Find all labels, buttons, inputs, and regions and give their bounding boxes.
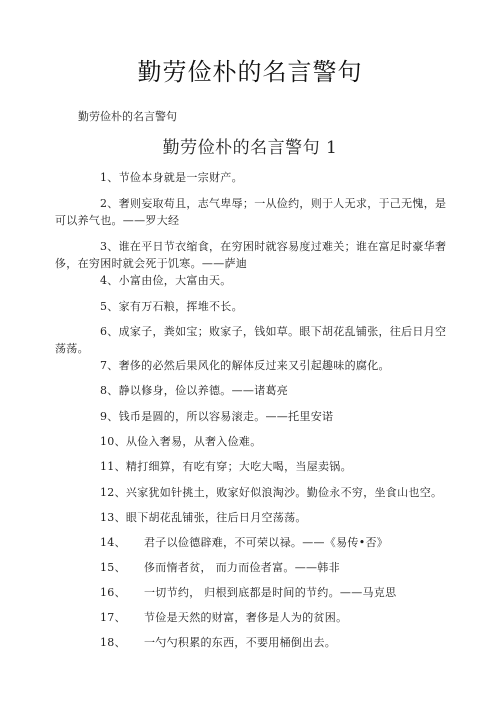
document-page: 勤劳俭朴的名言警句 勤劳俭朴的名言警句 勤劳俭朴的名言警句 1 1、节俭本身就是… (0, 0, 500, 707)
subtitle: 勤劳俭朴的名言警句 (78, 108, 177, 124)
quote-number: 4、 (100, 274, 119, 287)
main-title: 勤劳俭朴的名言警句 (0, 52, 500, 87)
quote-text: 奢侈的必然后果风化的解体反过来又引起趣味的腐化。 (119, 359, 390, 372)
quote-item: 3、谁在平日节衣缩食，在穷困时就容易度过难关；谁在富足时豪华奢侈，在穷困时就会死… (55, 238, 455, 272)
quote-text: 眼下胡花乱铺张，往后日月空荡荡。 (126, 511, 307, 524)
quote-item: 1、节俭本身就是一宗财产。 (55, 169, 455, 186)
quote-text: 侈而惰者贫， 而力而俭者富。——韩非 (144, 561, 340, 574)
quote-item: 18、一勺勺积累的东西，不要用桶倒出去。 (55, 634, 455, 651)
quote-item: 12、兴家犹如针挑土，败家好似浪淘沙。勤俭永不穷，坐食山也空。 (55, 484, 455, 501)
quote-text: 钱币是圆的，所以容易滚走。——托里安诺 (119, 410, 334, 423)
quote-number: 1、 (100, 171, 119, 184)
quote-item: 8、静以修身，俭以养德。——诸葛亮 (55, 382, 455, 399)
quote-item: 16、一切节约， 归根到底都是时间的节约。——马克思 (55, 584, 455, 601)
quote-number: 9、 (100, 410, 119, 423)
quote-text: 一勺勺积累的东西，不要用桶倒出去。 (144, 636, 336, 649)
quote-text: 兴家犹如针挑土，败家好似浪淘沙。勤俭永不穷，坐食山也空。 (126, 486, 442, 499)
quote-text: 节俭是天然的财富，奢侈是人为的贫困。 (144, 611, 347, 624)
quote-item: 7、奢侈的必然后果风化的解体反过来又引起趣味的腐化。 (55, 357, 455, 374)
quote-text: 精打细算，有吃有穿；大吃大喝，当屋卖锅。 (126, 460, 352, 473)
quote-number: 6、 (100, 325, 119, 338)
quote-item: 11、精打细算，有吃有穿；大吃大喝，当屋卖锅。 (55, 458, 455, 475)
quote-item: 6、成家子，粪如宝；败家子，钱如草。眼下胡花乱铺张，往后日月空荡荡。 (55, 323, 455, 357)
quote-number: 16、 (100, 584, 144, 601)
quote-item: 5、家有万石粮，挥堆不长。 (55, 298, 455, 315)
quote-item: 9、钱币是圆的，所以容易滚走。——托里安诺 (55, 408, 455, 425)
section-title: 勤劳俭朴的名言警句 1 (0, 133, 500, 158)
quote-item: 14、君子以俭德辟难，不可荣以禄。——《易传•否》 (55, 534, 455, 551)
quote-text: 静以修身，俭以养德。——诸葛亮 (119, 384, 289, 397)
quote-number: 15、 (100, 559, 144, 576)
quote-item: 15、侈而惰者贫， 而力而俭者富。——韩非 (55, 559, 455, 576)
quote-text: 从俭入奢易，从奢入俭难。 (126, 435, 262, 448)
quote-number: 3、 (100, 240, 119, 253)
quote-number: 8、 (100, 384, 119, 397)
quote-item: 4、小富由俭，大富由天。 (55, 272, 455, 289)
quote-text: 君子以俭德辟难，不可荣以禄。——《易传•否》 (144, 536, 388, 549)
quote-number: 2、 (100, 197, 119, 210)
quote-item: 13、眼下胡花乱铺张，往后日月空荡荡。 (55, 509, 455, 526)
quote-item: 17、节俭是天然的财富，奢侈是人为的贫困。 (55, 609, 455, 626)
quote-number: 18、 (100, 634, 144, 651)
quote-item: 10、从俭入奢易，从奢入俭难。 (55, 433, 455, 450)
quote-text: 一切节约， 归根到底都是时间的节约。——马克思 (144, 586, 396, 599)
quote-number: 7、 (100, 359, 119, 372)
quote-number: 14、 (100, 534, 144, 551)
quote-number: 5、 (100, 300, 119, 313)
quote-number: 13、 (100, 511, 126, 524)
quote-text: 家有万石粮，挥堆不长。 (119, 300, 243, 313)
quote-text: 小富由俭，大富由天。 (119, 274, 232, 287)
quote-number: 11、 (100, 460, 126, 473)
quote-number: 12、 (100, 486, 126, 499)
quote-text: 节俭本身就是一宗财产。 (119, 171, 243, 184)
quote-item: 2、奢则妄取苟且，志气卑辱；一从俭约，则于人无求，于己无愧，是可以养气也。——罗… (55, 195, 455, 229)
quote-number: 10、 (100, 435, 126, 448)
quote-number: 17、 (100, 609, 144, 626)
